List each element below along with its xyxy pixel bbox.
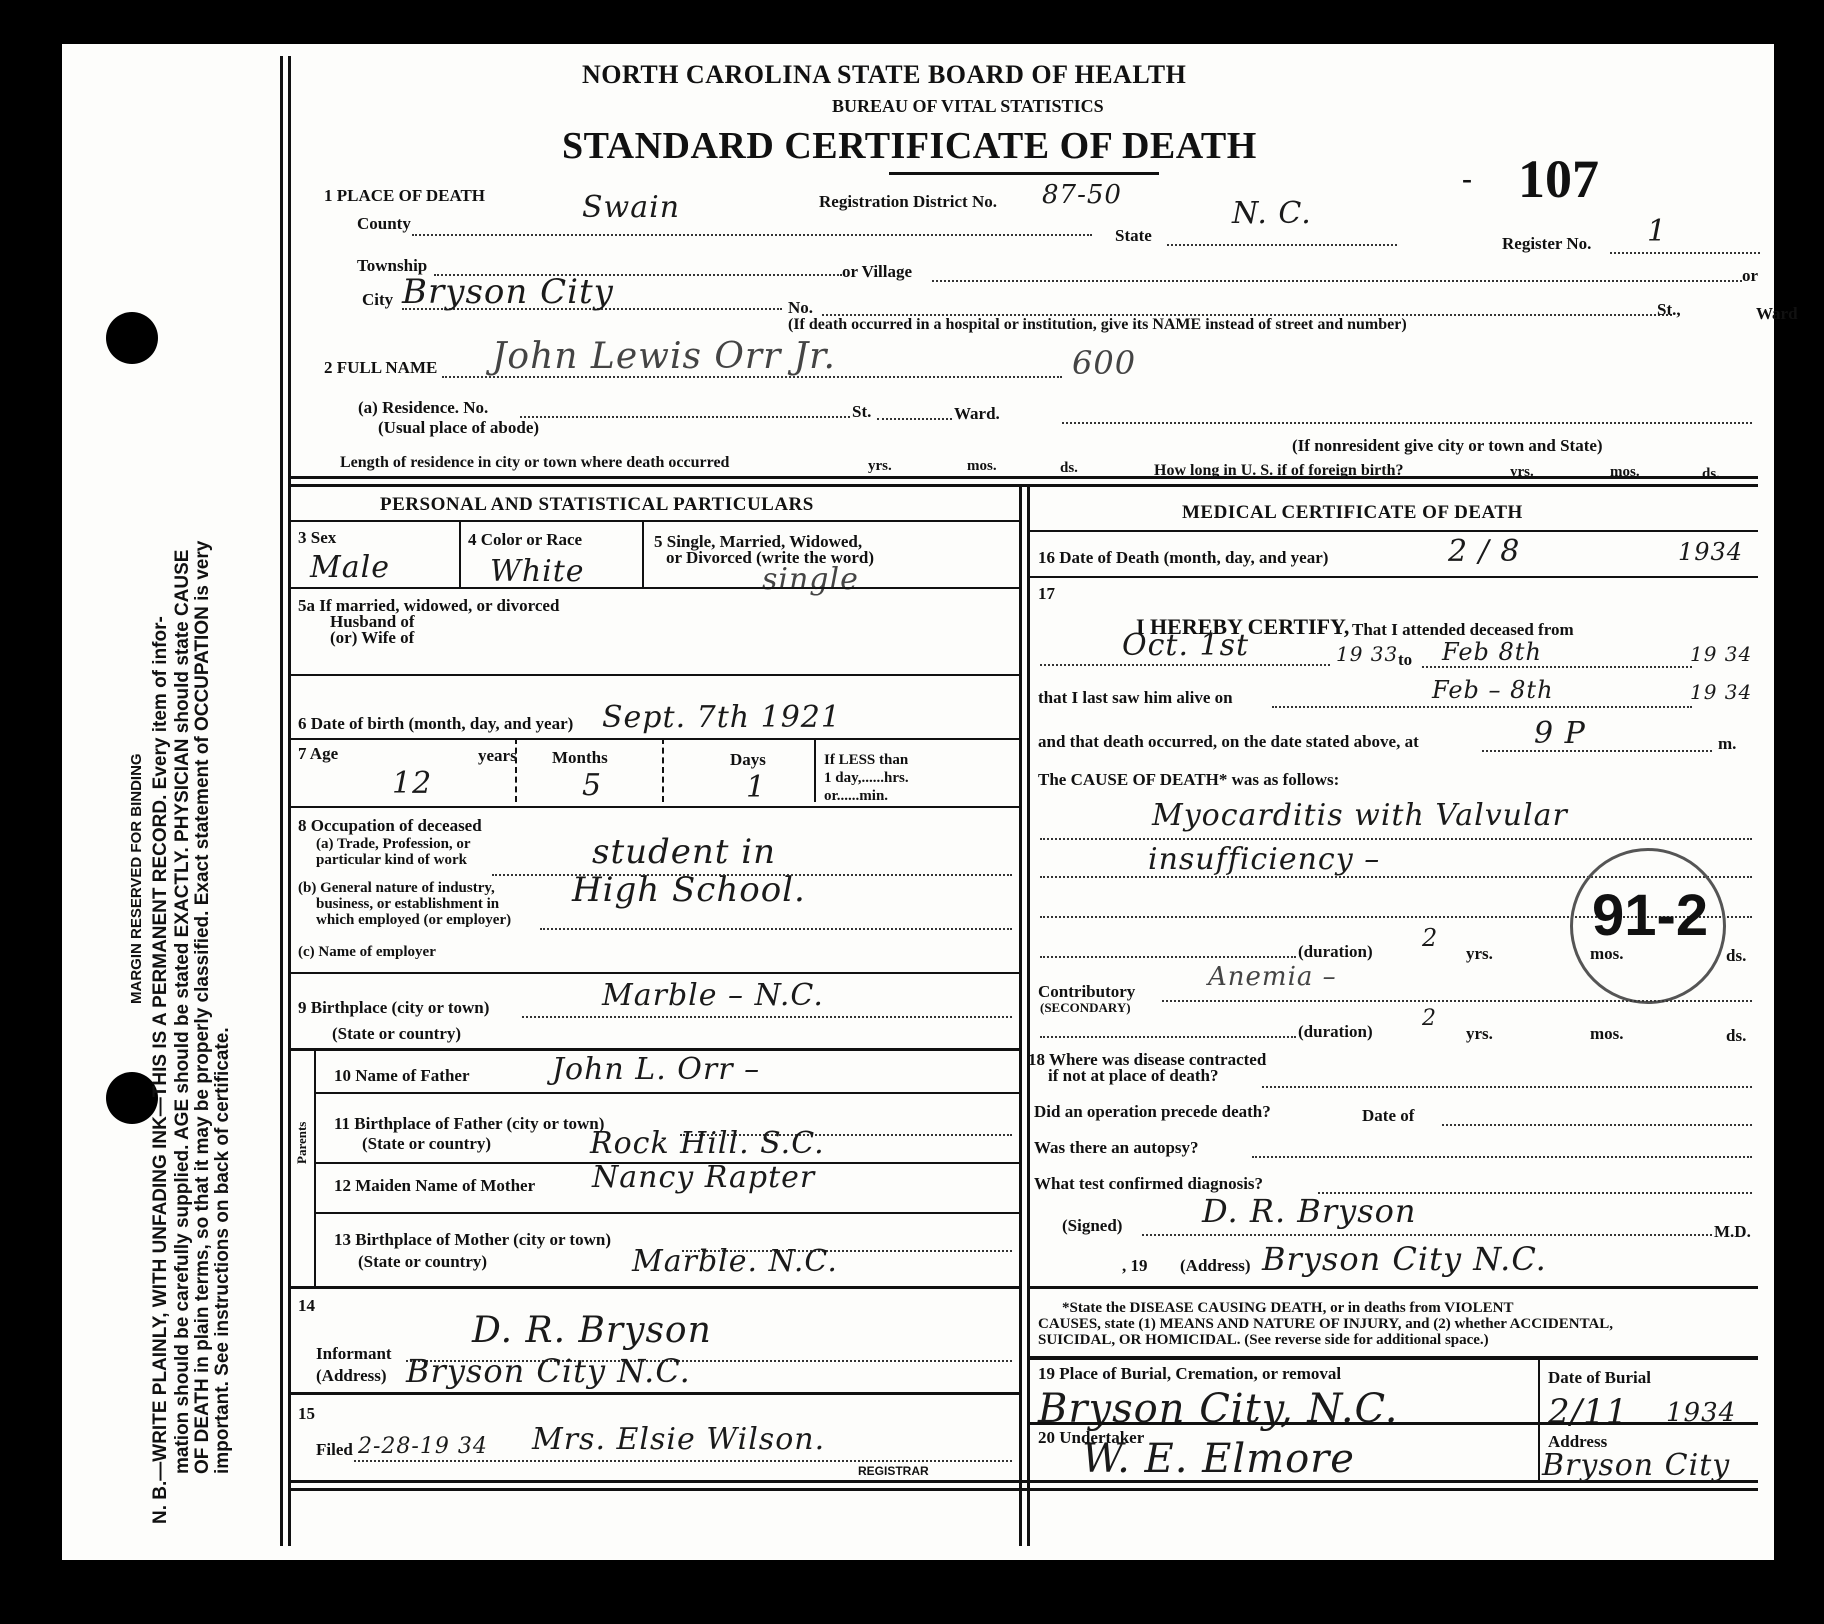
burial-date-value[interactable]: 2/11 bbox=[1548, 1392, 1628, 1432]
mother-name-label: 12 Maiden Name of Mother bbox=[334, 1176, 535, 1196]
row-divider bbox=[1027, 530, 1758, 532]
birthplace-value[interactable]: Marble – N.C. bbox=[602, 978, 824, 1013]
registration-district-label: Registration District No. bbox=[819, 192, 997, 212]
father-birthplace-state-label: (State or country) bbox=[362, 1134, 491, 1154]
item-14-number: 14 bbox=[298, 1296, 315, 1316]
contributory-ds-label: ds. bbox=[1726, 1026, 1746, 1046]
street-no-label: No. bbox=[788, 298, 813, 318]
row-divider bbox=[1027, 1422, 1758, 1425]
operation-date-label: Date of bbox=[1362, 1106, 1414, 1126]
cause-line-2[interactable]: insufficiency – bbox=[1148, 842, 1380, 877]
footnote-line-2: CAUSES, state (1) MEANS AND NATURE OF IN… bbox=[1038, 1316, 1613, 1333]
dob-value[interactable]: Sept. 7th 1921 bbox=[602, 700, 841, 735]
last-saw-label: that I last saw him alive on bbox=[1038, 688, 1233, 708]
registration-district-value[interactable]: 87-50 bbox=[1042, 180, 1122, 210]
duration-yrs-value[interactable]: 2 bbox=[1422, 924, 1438, 952]
certificate-paper: MARGIN RESERVED FOR BINDING N. B.—WRITE … bbox=[62, 44, 1774, 1560]
signed-year-prefix: , 19 bbox=[1122, 1256, 1148, 1276]
contributory-label: Contributory bbox=[1038, 982, 1135, 1002]
age-label: 7 Age bbox=[298, 744, 338, 764]
city-value[interactable]: Bryson City bbox=[402, 272, 614, 312]
dob-label: 6 Date of birth (month, day, and year) bbox=[298, 714, 573, 734]
duration-yrs-label: yrs. bbox=[1466, 944, 1493, 964]
date-of-death-year[interactable]: 1934 bbox=[1678, 538, 1743, 566]
age-years-label: years bbox=[478, 746, 517, 766]
secondary-label: (SECONDARY) bbox=[1040, 1000, 1131, 1016]
father-name-value[interactable]: John L. Orr – bbox=[552, 1052, 760, 1087]
column-divider-1 bbox=[1019, 484, 1022, 1546]
medical-section-title: MEDICAL CERTIFICATE OF DEATH bbox=[1182, 502, 1523, 524]
duration-label: (duration) bbox=[1298, 942, 1373, 962]
undertaker-value[interactable]: W. E. Elmore bbox=[1082, 1436, 1355, 1482]
form-border-left-outer bbox=[280, 56, 283, 1546]
mother-birthplace-state-label: (State or country) bbox=[358, 1252, 487, 1272]
margin-instructions-1: N. B.—WRITE PLAINLY, WITH UNFADING INK—T… bbox=[150, 616, 172, 1524]
sex-value[interactable]: Male bbox=[310, 550, 390, 585]
age-days-label: Days bbox=[730, 750, 766, 770]
col-divider bbox=[662, 738, 666, 802]
section-divider-top-1 bbox=[288, 476, 1758, 479]
certificate-prefix-mark: - bbox=[1462, 162, 1472, 196]
residence-ward-label: Ward. bbox=[954, 404, 1000, 424]
residence-label: (a) Residence. No. bbox=[358, 398, 488, 418]
age-months-value[interactable]: 5 bbox=[582, 768, 602, 803]
father-birthplace-label: 11 Birthplace of Father (city or town) bbox=[334, 1114, 604, 1134]
residence-yrs-label: yrs. bbox=[868, 458, 892, 475]
residence-street-label: St. bbox=[852, 402, 871, 422]
filed-date[interactable]: 2-28-19 34 bbox=[358, 1434, 488, 1459]
form-bottom-border-1 bbox=[288, 1480, 1758, 1483]
industry-label-3: which employed (or employer) bbox=[316, 912, 511, 929]
informant-value[interactable]: D. R. Bryson bbox=[472, 1310, 712, 1351]
last-saw-year[interactable]: 19 34 bbox=[1690, 680, 1752, 704]
birthplace-state-label: (State or country) bbox=[332, 1024, 461, 1044]
row-divider bbox=[1027, 1286, 1758, 1289]
time-of-death-label: and that death occurred, on the date sta… bbox=[1038, 732, 1419, 752]
less-than-label-2: 1 day,......hrs. bbox=[824, 770, 909, 787]
time-suffix: m. bbox=[1718, 734, 1736, 754]
nonresident-note: (If nonresident give city or town and St… bbox=[1292, 436, 1603, 456]
certify-text: That I attended deceased from bbox=[1352, 620, 1574, 640]
physician-address-value[interactable]: Bryson City N.C. bbox=[1262, 1240, 1547, 1278]
row-divider bbox=[288, 806, 1019, 808]
attended-to-value[interactable]: Feb 8th bbox=[1442, 638, 1542, 666]
footnote-line-1: *State the DISEASE CAUSING DEATH, or in … bbox=[1062, 1300, 1513, 1317]
bureau-title: BUREAU OF VITAL STATISTICS bbox=[832, 96, 1104, 117]
filed-registrar-name[interactable]: Mrs. Elsie Wilson. bbox=[532, 1422, 825, 1457]
residence-mos-label: mos. bbox=[967, 458, 997, 475]
row-divider bbox=[288, 972, 1019, 974]
informant-address-value[interactable]: Bryson City N.C. bbox=[406, 1352, 691, 1390]
margin-binding-note: MARGIN RESERVED FOR BINDING bbox=[128, 753, 145, 1004]
physician-address-label: (Address) bbox=[1180, 1256, 1251, 1276]
form-bottom-border-2 bbox=[288, 1488, 1758, 1491]
item-18-label-2: if not at place of death? bbox=[1048, 1066, 1218, 1086]
title-underline bbox=[889, 172, 1159, 175]
full-name-annotation: 600 bbox=[1072, 344, 1136, 382]
item-15-number: 15 bbox=[298, 1404, 315, 1424]
margin-instructions-4: important. See instructions on back of c… bbox=[212, 1027, 234, 1474]
foreign-ds-label: ds. bbox=[1702, 466, 1720, 483]
col-divider bbox=[642, 520, 644, 587]
place-of-death-label: 1 PLACE OF DEATH bbox=[324, 186, 485, 206]
mother-name-value[interactable]: Nancy Rapter bbox=[592, 1160, 815, 1195]
register-no-label: Register No. bbox=[1502, 234, 1591, 254]
industry-label-1: (b) General nature of industry, bbox=[298, 880, 495, 897]
to-label: to bbox=[1398, 650, 1412, 670]
industry-value[interactable]: High School. bbox=[572, 870, 806, 910]
residence-sub-label: (Usual place of abode) bbox=[378, 418, 539, 438]
ward-label: Ward bbox=[1756, 304, 1798, 324]
trade-label-2: particular kind of work bbox=[316, 852, 467, 869]
classification-code: 91-2 bbox=[1592, 882, 1708, 949]
sex-label: 3 Sex bbox=[298, 528, 336, 548]
col-divider bbox=[814, 738, 816, 802]
row-divider bbox=[288, 1286, 1019, 1289]
attended-from-value[interactable]: Oct. 1st bbox=[1122, 628, 1249, 663]
col-divider bbox=[459, 520, 461, 587]
village-label: or Village bbox=[842, 262, 912, 282]
contributory-duration-label: (duration) bbox=[1298, 1022, 1373, 1042]
occupation-label: 8 Occupation of deceased bbox=[298, 816, 482, 836]
row-divider bbox=[288, 1392, 1019, 1395]
state-value[interactable]: N. C. bbox=[1232, 196, 1312, 231]
county-label: County bbox=[357, 214, 411, 234]
register-no-value[interactable]: 1 bbox=[1647, 214, 1667, 249]
registrar-label: REGISTRAR bbox=[858, 1464, 929, 1478]
item-17-number: 17 bbox=[1038, 584, 1055, 604]
certificate-title: STANDARD CERTIFICATE OF DEATH bbox=[562, 124, 1257, 168]
footnote-line-3: SUICIDAL, OR HOMICIDAL. (See reverse sid… bbox=[1038, 1332, 1489, 1349]
duration-ds-label: ds. bbox=[1726, 946, 1746, 966]
column-divider-2 bbox=[1027, 484, 1030, 1546]
parents-label: Parents bbox=[294, 1122, 310, 1164]
less-than-label-3: or......min. bbox=[824, 788, 888, 805]
race-label: 4 Color or Race bbox=[468, 530, 582, 550]
less-than-label-1: If LESS than bbox=[824, 752, 908, 769]
row-divider bbox=[288, 674, 1019, 676]
mother-birthplace-value[interactable]: Marble. N.C. bbox=[632, 1244, 838, 1279]
hospital-note: (If death occurred in a hospital or inst… bbox=[788, 316, 1407, 334]
filed-label: Filed bbox=[316, 1440, 353, 1460]
row-divider bbox=[288, 587, 1019, 589]
row-divider bbox=[316, 1092, 1019, 1094]
agency-title: NORTH CAROLINA STATE BOARD OF HEALTH bbox=[582, 60, 1186, 90]
full-name-label: 2 FULL NAME bbox=[324, 358, 437, 378]
burial-place-label: 19 Place of Burial, Cremation, or remova… bbox=[1038, 1364, 1341, 1384]
attended-to-year[interactable]: 19 34 bbox=[1690, 642, 1752, 666]
duration-mos-label: mos. bbox=[1590, 944, 1624, 964]
certificate-number: 107 bbox=[1518, 148, 1599, 210]
row-divider bbox=[288, 520, 1019, 522]
age-days-value[interactable]: 1 bbox=[746, 770, 766, 805]
time-of-death-value[interactable]: 9 P bbox=[1534, 716, 1586, 751]
date-of-death-label: 16 Date of Death (month, day, and year) bbox=[1038, 548, 1328, 568]
autopsy-label: Was there an autopsy? bbox=[1034, 1138, 1199, 1158]
punch-hole-top bbox=[106, 312, 158, 364]
row-divider bbox=[288, 1048, 1019, 1051]
personal-section-title: PERSONAL AND STATISTICAL PARTICULARS bbox=[380, 494, 814, 516]
contributory-yrs-label: yrs. bbox=[1466, 1024, 1493, 1044]
race-value[interactable]: White bbox=[490, 554, 585, 589]
or-label: or bbox=[1742, 266, 1758, 286]
employer-label: (c) Name of employer bbox=[298, 944, 436, 961]
birthplace-label: 9 Birthplace (city or town) bbox=[298, 998, 489, 1018]
row-divider bbox=[316, 1212, 1019, 1214]
city-label: City bbox=[362, 290, 393, 310]
margin-instructions-3: OF DEATH in plain terms, so that it may … bbox=[192, 541, 214, 1474]
marital-value[interactable]: single bbox=[762, 562, 859, 597]
cause-of-death-label: The CAUSE OF DEATH* was as follows: bbox=[1038, 770, 1339, 790]
section-divider-top-2 bbox=[288, 484, 1758, 487]
father-name-label: 10 Name of Father bbox=[334, 1066, 470, 1086]
undertaker-address-value[interactable]: Bryson City bbox=[1542, 1448, 1730, 1483]
burial-place-value[interactable]: Bryson City, N.C. bbox=[1038, 1386, 1398, 1432]
col-divider bbox=[515, 738, 519, 802]
signed-value[interactable]: D. R. Bryson bbox=[1202, 1192, 1416, 1230]
age-months-label: Months bbox=[552, 748, 608, 768]
age-years-value[interactable]: 12 bbox=[392, 766, 432, 801]
date-of-death-value[interactable]: 2 / 8 bbox=[1448, 534, 1520, 569]
attended-from-year[interactable]: 19 33 bbox=[1336, 642, 1398, 666]
trade-label-1: (a) Trade, Profession, or bbox=[316, 836, 471, 853]
md-label: M.D. bbox=[1714, 1222, 1751, 1242]
length-residence-label: Length of residence in city or town wher… bbox=[340, 454, 729, 472]
signed-label: (Signed) bbox=[1062, 1216, 1122, 1236]
spouse-label-3: (or) Wife of bbox=[330, 628, 414, 648]
col-divider bbox=[1538, 1360, 1540, 1480]
state-label: State bbox=[1115, 226, 1152, 246]
row-divider bbox=[1027, 1356, 1758, 1360]
form-border-left-inner bbox=[288, 56, 291, 1546]
parents-divider bbox=[314, 1048, 316, 1286]
trade-value[interactable]: student in bbox=[592, 832, 776, 872]
operation-label: Did an operation precede death? bbox=[1034, 1102, 1271, 1122]
margin-instructions-2: mation should be carefully supplied. AGE… bbox=[172, 550, 194, 1474]
cause-line-1[interactable]: Myocarditis with Valvular bbox=[1152, 798, 1568, 833]
county-value[interactable]: Swain bbox=[582, 190, 680, 225]
contributory-duration-yrs-value[interactable]: 2 bbox=[1422, 1006, 1437, 1031]
last-saw-value[interactable]: Feb – 8th bbox=[1432, 676, 1554, 704]
burial-date-label: Date of Burial bbox=[1548, 1368, 1651, 1388]
residence-ds-label: ds. bbox=[1060, 460, 1078, 477]
full-name-value[interactable]: John Lewis Orr Jr. bbox=[492, 336, 836, 377]
father-birthplace-value[interactable]: Rock Hill. S.C. bbox=[590, 1126, 825, 1161]
street-label: St., bbox=[1657, 300, 1681, 320]
contributory-value[interactable]: Anemia – bbox=[1208, 962, 1337, 992]
mother-birthplace-label: 13 Birthplace of Mother (city or town) bbox=[334, 1230, 611, 1250]
row-divider bbox=[288, 738, 1019, 740]
informant-label: Informant bbox=[316, 1344, 392, 1364]
row-divider bbox=[1027, 576, 1758, 578]
contributory-mos-label: mos. bbox=[1590, 1024, 1624, 1044]
informant-address-label: (Address) bbox=[316, 1366, 387, 1386]
industry-label-2: business, or establishment in bbox=[316, 896, 499, 913]
test-diagnosis-label: What test confirmed diagnosis? bbox=[1034, 1174, 1263, 1194]
